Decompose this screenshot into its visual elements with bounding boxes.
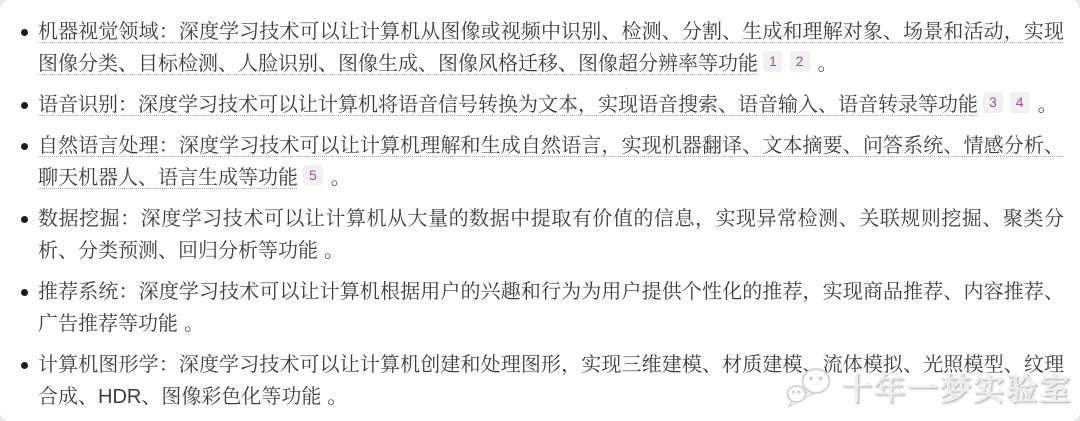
bullet-icon bbox=[21, 29, 28, 36]
list-item: 计算机图形学：深度学习技术可以让计算机创建和处理图形，实现三维建模、材质建模、流… bbox=[38, 349, 1064, 413]
document-page: 机器视觉领域：深度学习技术可以让计算机从图像或视频中识别、检测、分割、生成和理解… bbox=[0, 0, 1080, 421]
bullet-icon bbox=[21, 143, 28, 150]
item-period: 。 bbox=[184, 313, 204, 335]
citation-badge[interactable]: 2 bbox=[790, 51, 810, 72]
bullet-icon bbox=[21, 216, 28, 223]
bullet-icon bbox=[21, 102, 28, 109]
bullet-icon bbox=[21, 289, 28, 296]
item-period: 。 bbox=[1038, 94, 1058, 116]
list-item: 推荐系统：深度学习技术可以让计算机根据用户的兴趣和行为为用户提供个性化的推荐，实… bbox=[38, 276, 1064, 340]
list-item: 数据挖掘：深度学习技术可以让计算机从大量的数据中提取有价值的信息，实现异常检测、… bbox=[38, 203, 1064, 267]
citation-badge[interactable]: 3 bbox=[983, 92, 1003, 113]
item-text-link[interactable]: 机器视觉领域：深度学习技术可以让计算机从图像或视频中识别、检测、分割、生成和理解… bbox=[38, 21, 1064, 75]
list-item: 自然语言处理：深度学习技术可以让计算机理解和生成自然语言，实现机器翻译、文本摘要… bbox=[38, 130, 1064, 194]
citation-badge[interactable]: 5 bbox=[303, 165, 323, 186]
list-item: 语音识别：深度学习技术可以让计算机将语音信号转换为文本，实现语音搜索、语音输入、… bbox=[38, 89, 1064, 121]
citation-badge[interactable]: 4 bbox=[1010, 92, 1030, 113]
item-period: 。 bbox=[324, 240, 344, 262]
item-text: 数据挖掘：深度学习技术可以让计算机从大量的数据中提取有价值的信息，实现异常检测、… bbox=[38, 208, 1064, 262]
bullet-list: 机器视觉领域：深度学习技术可以让计算机从图像或视频中识别、检测、分割、生成和理解… bbox=[0, 0, 1080, 413]
item-period: 。 bbox=[327, 386, 347, 408]
item-text-link[interactable]: 语音识别：深度学习技术可以让计算机将语音信号转换为文本，实现语音搜索、语音输入、… bbox=[38, 94, 978, 116]
item-period: 。 bbox=[818, 53, 838, 75]
item-period: 。 bbox=[331, 167, 351, 189]
citation-badge[interactable]: 1 bbox=[763, 51, 783, 72]
list-item: 机器视觉领域：深度学习技术可以让计算机从图像或视频中识别、检测、分割、生成和理解… bbox=[38, 16, 1064, 80]
item-text-link[interactable]: 自然语言处理：深度学习技术可以让计算机理解和生成自然语言，实现机器翻译、文本摘要… bbox=[38, 135, 1064, 189]
bullet-icon bbox=[21, 362, 28, 369]
item-text: 计算机图形学：深度学习技术可以让计算机创建和处理图形，实现三维建模、材质建模、流… bbox=[38, 354, 1064, 408]
